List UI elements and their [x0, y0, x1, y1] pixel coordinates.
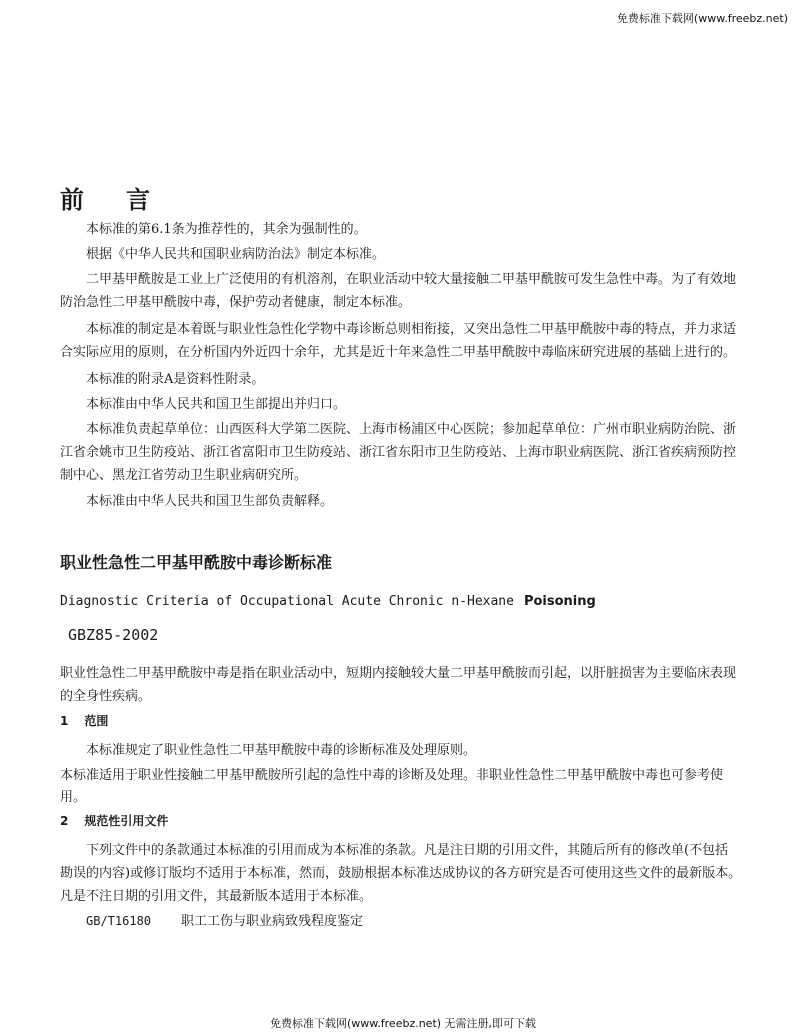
- foreword-paragraph: 二甲基甲酰胺是工业上广泛使用的有机溶剂，在职业活动中较大量接触二甲基甲酰胺可发生…: [60, 268, 765, 287]
- foreword-paragraph-cont: 制中心、黑龙江省劳动卫生职业病研究所。: [60, 464, 765, 483]
- reference-entry: GB/T16180 职工工伤与职业病致残程度鉴定: [86, 910, 363, 930]
- foreword-title-char-1: 前: [60, 185, 84, 214]
- section-number: 2: [60, 814, 68, 828]
- reference-title: 职工工伤与职业病致残程度鉴定: [181, 914, 363, 929]
- foreword-paragraph: 本标准的附录A是资料性附录。: [60, 368, 765, 387]
- section-title: 范围: [84, 714, 108, 728]
- references-paragraph-cont: 勘误的内容)或修订版均不适用于本标准，然而，鼓励根据本标准达成协议的各方研究是否…: [60, 862, 765, 881]
- foreword-title: 前言: [60, 180, 150, 215]
- foreword-paragraph: 本标准由中华人民共和国卫生部负责解释。: [60, 490, 765, 509]
- references-paragraph-cont: 凡是不注日期的引用文件，其最新版本适用于本标准。: [60, 885, 765, 904]
- section-heading-normative-references: 2规范性引用文件: [60, 812, 168, 829]
- standard-title-en-tail: Poisoning: [524, 594, 596, 609]
- section-heading-scope: 1范围: [60, 712, 108, 729]
- foreword-paragraph-cont: 合实际应用的原则，在分析国内外近四十余年，尤其是近十年来急性二甲基甲酰胺中毒临床…: [60, 341, 765, 360]
- reference-code: GB/T16180: [86, 914, 151, 928]
- section-number: 1: [60, 714, 68, 728]
- foreword-paragraph: 本标准的制定是本着既与职业性急性化学物中毒诊断总则相衔接，又突出急性二甲基甲酰胺…: [60, 318, 765, 337]
- foreword-paragraph: 本标准负责起草单位：山西医科大学第二医院、上海市杨浦区中心医院；参加起草单位：广…: [60, 418, 765, 437]
- intro-paragraph: 职业性急性二甲基甲酰胺中毒是指在职业活动中，短期内接触较大量二甲基甲酰胺而引起，…: [60, 662, 765, 681]
- foreword-paragraph-cont: 江省余姚市卫生防疫站、浙江省富阳市卫生防疫站、浙江省东阳市卫生防疫站、上海市职业…: [60, 441, 765, 460]
- scope-paragraph-cont: 用。: [60, 786, 765, 805]
- foreword-paragraph: 根据《中华人民共和国职业病防治法》制定本标准。: [60, 243, 765, 262]
- standard-title-en-main: Diagnostic Criteria of Occupational Acut…: [60, 594, 514, 609]
- scope-paragraph: 本标准适用于职业性接触二甲基甲酰胺所引起的急性中毒的诊断及处理。非职业性急性二甲…: [60, 764, 765, 783]
- footer-watermark: 免费标准下载网(www.freebz.net) 无需注册,即可下载: [270, 1015, 536, 1031]
- scope-paragraph: 本标准规定了职业性急性二甲基甲酰胺中毒的诊断标准及处理原则。: [60, 739, 765, 758]
- foreword-paragraph-cont: 防治急性二甲基甲酰胺中毒，保护劳动者健康，制定本标准。: [60, 291, 765, 310]
- intro-paragraph-cont: 的全身性疾病。: [60, 685, 765, 704]
- foreword-title-char-2: 言: [126, 185, 150, 214]
- standard-title-en: Diagnostic Criteria of Occupational Acut…: [60, 592, 596, 610]
- section-title: 规范性引用文件: [84, 814, 168, 828]
- standard-title-cn: 职业性急性二甲基甲酰胺中毒诊断标准: [60, 550, 332, 573]
- document-page: 前言 本标准的第6.1条为推荐性的，其余为强制性的。 根据《中华人民共和国职业病…: [60, 0, 765, 1000]
- references-paragraph: 下列文件中的条款通过本标准的引用而成为本标准的条款。凡是注日期的引用文件，其随后…: [60, 839, 765, 858]
- standard-code: GBZ85-2002: [68, 626, 158, 644]
- foreword-paragraph: 本标准由中华人民共和国卫生部提出并归口。: [60, 393, 765, 412]
- foreword-paragraph: 本标准的第6.1条为推荐性的，其余为强制性的。: [60, 218, 765, 237]
